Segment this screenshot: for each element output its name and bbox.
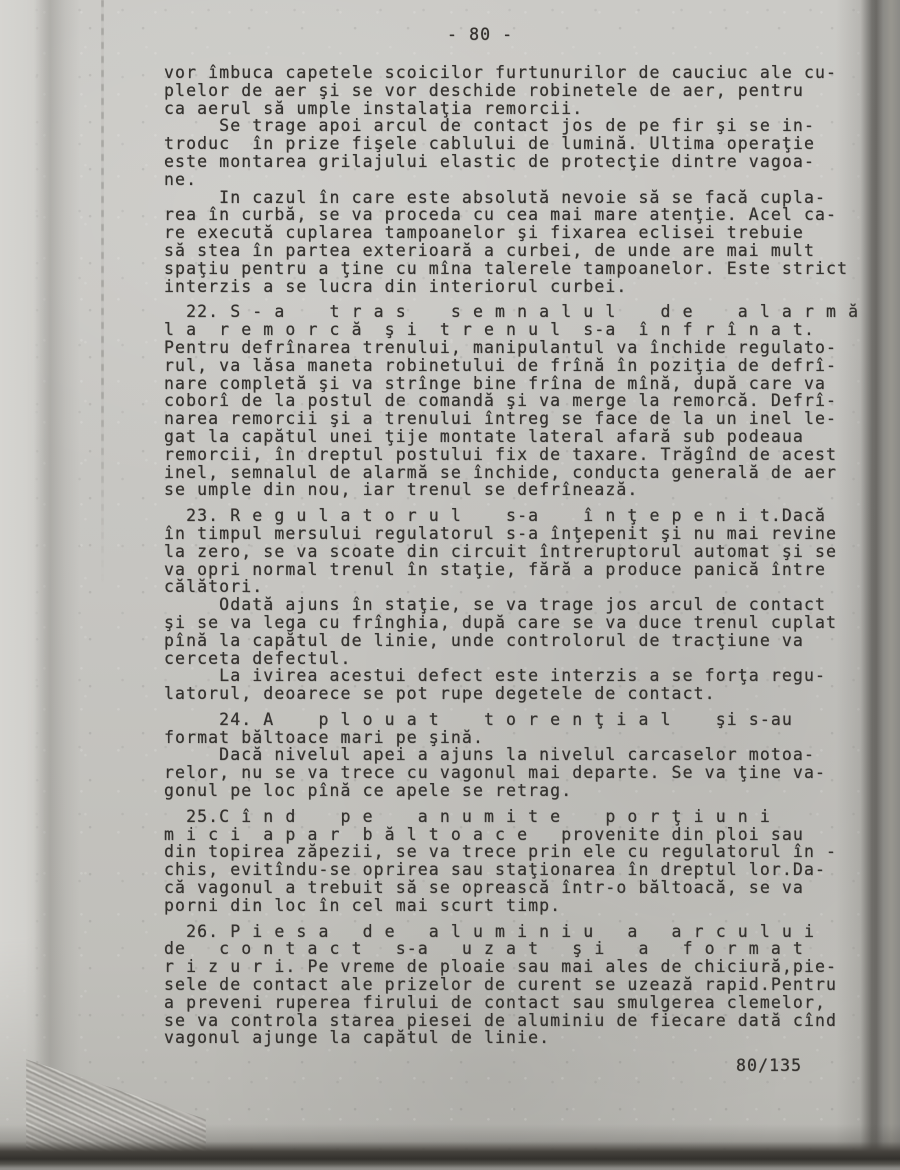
text-line: Dacă nivelul apei a ajuns la nivelul car… <box>164 746 864 764</box>
text-line: latorul, deoarece se pot rupe degetele d… <box>164 685 864 703</box>
paragraph: 24. A p l o u a t t o r e n ţ i a l şi s… <box>164 711 864 747</box>
text-line: nare completă şi va strînge bine frîna d… <box>164 375 864 393</box>
scanned-page: - 80 - vor îmbuca capetele scoicilor fur… <box>0 0 900 1170</box>
text-line: m i c i a p a r b ă l t o a c e provenit… <box>164 826 864 844</box>
paragraph: Odată ajuns în staţie, se va trage jos a… <box>164 596 864 667</box>
page-number-footer: 80/135 <box>736 1057 802 1075</box>
text-line: din topirea zăpezii, se va trece prin el… <box>164 843 864 861</box>
text-line: spaţiu pentru a ţine cu mîna talerele ta… <box>164 260 864 278</box>
book-bottom-edge <box>0 1124 900 1170</box>
text-line: 22. S - a t r a s s e m n a l u l d e a … <box>164 303 864 321</box>
text-line: se umple din nou, iar trenul se defrînea… <box>164 481 864 499</box>
text-line: coborî de la postul de comandă şi va mer… <box>164 392 864 410</box>
paragraph: 26. P i e s a d e a l u m i n i u a a r … <box>164 923 864 1048</box>
page-fold-shadow <box>34 0 80 1170</box>
text-line: inel, semnalul de alarmă se închide, con… <box>164 464 864 482</box>
text-line: Pentru defrînarea trenului, manipulantul… <box>164 339 864 357</box>
text-line: se va controla starea piesei de aluminiu… <box>164 1012 864 1030</box>
text-line: să stea în partea exterioară a curbei, d… <box>164 242 864 260</box>
page-right-edge-shadow <box>836 0 900 1170</box>
text-line: Odată ajuns în staţie, se va trage jos a… <box>164 596 864 614</box>
text-line: narea remorcii şi a trenului întreg se f… <box>164 410 864 428</box>
text-line: călători. <box>164 578 864 596</box>
text-line: format băltoace mari pe şină. <box>164 729 864 747</box>
text-line: remorcii, în dreptul postului fix de tax… <box>164 446 864 464</box>
text-line: plelor de aer şi se vor deschide robinet… <box>164 82 864 100</box>
text-line: 23. R e g u l a t o r u l s-a î n ţ e p … <box>164 507 864 525</box>
text-line: ca aerul să umple instalaţia remorcii. <box>164 100 864 118</box>
text-line: a preveni ruperea firului de contact sau… <box>164 994 864 1012</box>
text-line: 25.C î n d p e a n u m i t e p o r ţ i u… <box>164 808 864 826</box>
page-number-header: - 80 - <box>447 26 513 44</box>
text-line: interzis a se lucra din interiorul curbe… <box>164 278 864 296</box>
text-line: La ivirea acestui defect este interzis a… <box>164 667 864 685</box>
text-line: de c o n t a c t s-a u z a t ş i a f o r… <box>164 940 864 958</box>
text-line: şi se va lega cu frînghia, după care se … <box>164 614 864 632</box>
text-line: gat la capătul unei ţije montate lateral… <box>164 428 864 446</box>
text-line: r i z u r i. Pe vreme de ploaie sau mai … <box>164 958 864 976</box>
text-line: Se trage apoi arcul de contact jos de pe… <box>164 117 864 135</box>
paragraph: Se trage apoi arcul de contact jos de pe… <box>164 117 864 188</box>
text-line: porni din loc în cel mai scurt timp. <box>164 897 864 915</box>
text-line: ne. <box>164 171 864 189</box>
text-line: pînă la capătul de linie, unde controlor… <box>164 632 864 650</box>
text-line: troduc în prize fişele cablului de lumin… <box>164 135 864 153</box>
text-line: In cazul în care este absolută nevoie să… <box>164 189 864 207</box>
binding-stitch-seam <box>101 0 104 590</box>
paragraph: vor îmbuca capetele scoicilor furtunuril… <box>164 64 864 117</box>
text-line: re execută cuplarea tampoanelor şi fixar… <box>164 224 864 242</box>
text-line: chis, evitîndu-se oprirea sau staţionare… <box>164 861 864 879</box>
text-line: 24. A p l o u a t t o r e n ţ i a l şi s… <box>164 711 864 729</box>
text-line: la zero, se va scoate din circuit întrer… <box>164 543 864 561</box>
text-line: l a r e m o r c ă ş i t r e n u l s-a î … <box>164 321 864 339</box>
paragraph: 22. S - a t r a s s e m n a l u l d e a … <box>164 303 864 499</box>
document-body: vor îmbuca capetele scoicilor furtunuril… <box>164 64 864 1047</box>
text-line: cerceta defectul. <box>164 650 864 668</box>
paragraph: La ivirea acestui defect este interzis a… <box>164 667 864 703</box>
text-line: că vagonul a trebuit să se oprească într… <box>164 879 864 897</box>
text-line: este montarea grilajului elastic de prot… <box>164 153 864 171</box>
paragraph: In cazul în care este absolută nevoie să… <box>164 189 864 296</box>
text-line: va opri normal trenul în staţie, fără a … <box>164 561 864 579</box>
paragraph: 23. R e g u l a t o r u l s-a î n ţ e p … <box>164 507 864 596</box>
text-line: în timpul mersului regulatorul s-a înţep… <box>164 525 864 543</box>
text-line: rul, va lăsa maneta robinetului de frînă… <box>164 357 864 375</box>
text-line: 26. P i e s a d e a l u m i n i u a a r … <box>164 923 864 941</box>
paragraph: 25.C î n d p e a n u m i t e p o r ţ i u… <box>164 808 864 915</box>
text-line: rea în curbă, se va proceda cu cea mai m… <box>164 206 864 224</box>
text-line: vor îmbuca capetele scoicilor furtunuril… <box>164 64 864 82</box>
text-line: gonul pe loc pînă ce apele se retrag. <box>164 782 864 800</box>
text-line: relor, nu se va trece cu vagonul mai dep… <box>164 764 864 782</box>
text-line: vagonul ajunge la capătul de linie. <box>164 1029 864 1047</box>
text-line: sele de contact ale prizelor de curent s… <box>164 976 864 994</box>
paragraph: Dacă nivelul apei a ajuns la nivelul car… <box>164 746 864 799</box>
